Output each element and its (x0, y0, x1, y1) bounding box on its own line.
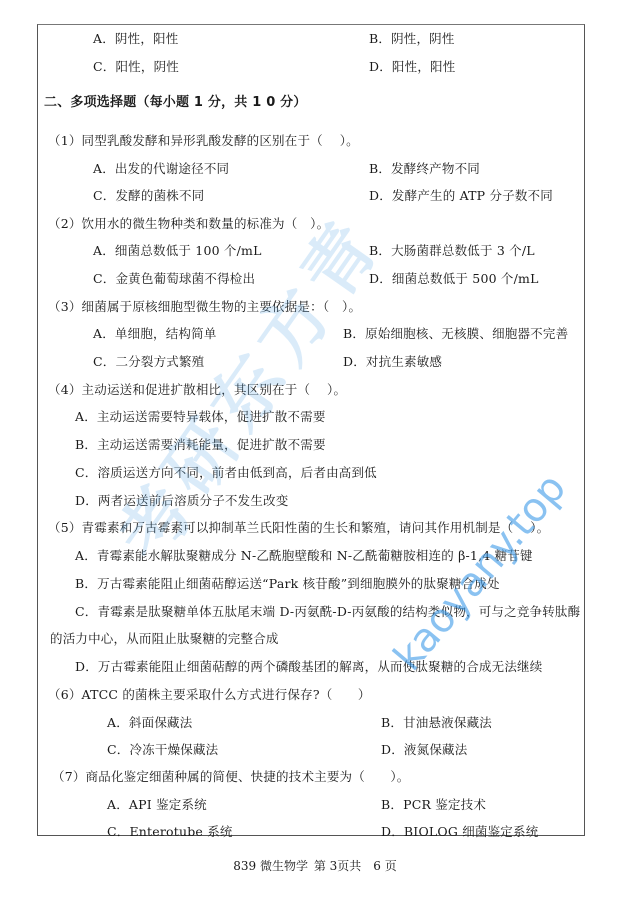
option-b: B．甘油悬液保藏法 (381, 715, 492, 731)
page-footer: 839 微生物学 第 3页共 6 页 (0, 857, 630, 874)
question-stem: （7）商品化鉴定细菌种属的简便、快捷的技术主要为（ ）。 (52, 769, 410, 785)
question-stem: （5）青霉素和万古霉素可以抑制革兰氏阳性菌的生长和繁殖，请问其作用机制是（ ）。 (48, 520, 549, 536)
option-d: D．液氮保藏法 (381, 742, 467, 758)
option-b: B．大肠菌群总数低于 3 个/L (369, 243, 535, 259)
option-c: C．青霉素是肽聚糖单体五肽尾末端 D-丙氨酰-D-丙氨酸的结构类似物，可与之竞争… (75, 604, 580, 620)
page-number: 第 3页共 6 页 (314, 859, 397, 873)
option-b: B．发酵终产物不同 (369, 161, 480, 177)
option-d: D．万古霉素能阻止细菌萜醇的两个磷酸基团的解离，从而使肽聚糖的合成无法继续 (75, 659, 542, 675)
option-c: C．溶质运送方向不同，前者由低到高，后者由高到低 (75, 465, 377, 481)
option-a: A．细菌总数低于 100 个/mL (93, 243, 262, 259)
option-d: D．发酵产生的 ATP 分子数不同 (369, 188, 553, 204)
option-c: C．冷冻干燥保藏法 (107, 742, 218, 758)
option-b: B．原始细胞核、无核膜、细胞器不完善 (343, 326, 568, 342)
option-a: A．阴性，阳性 (93, 31, 178, 47)
option-c: C．金黄色葡萄球菌不得检出 (93, 271, 255, 287)
option-b: B．主动运送需要消耗能量，促进扩散不需要 (75, 437, 326, 453)
option-c: C．阳性，阴性 (93, 59, 179, 75)
option-a: A．出发的代谢途径不同 (93, 161, 229, 177)
option-b: B．万古霉素能阻止细菌萜醇运送“Park 核苷酸”到细胞膜外的肽聚糖合成处 (75, 576, 500, 592)
option-b: B．PCR 鉴定技术 (381, 797, 486, 813)
option-d: D．BIOLOG 细菌鉴定系统 (381, 824, 538, 840)
question-stem: （4）主动运送和促进扩散相比，其区别在于（ ）。 (48, 382, 346, 398)
option-c-continued: 的活力中心，从而阻止肽聚糖的完整合成 (50, 631, 279, 647)
option-d: D．细菌总数低于 500 个/mL (369, 271, 539, 287)
option-c: C．Enterotube 系统 (107, 824, 233, 840)
option-a: A．API 鉴定系统 (107, 797, 207, 813)
course-label: 839 微生物学 (233, 859, 308, 873)
option-c: C．二分裂方式繁殖 (93, 354, 204, 370)
question-stem: （6）ATCC 的菌株主要采取什么方式进行保存?（ ） (48, 687, 371, 703)
option-d: D．对抗生素敏感 (343, 354, 442, 370)
option-a: A．斜面保藏法 (107, 715, 192, 731)
option-a: A．主动运送需要特异载体，促进扩散不需要 (75, 409, 326, 425)
question-stem: （2）饮用水的微生物种类和数量的标准为（ ）。 (48, 216, 329, 232)
question-stem: （1）同型乳酸发酵和异形乳酸发酵的区别在于（ ）。 (48, 133, 359, 149)
option-b: B．阴性，阴性 (369, 31, 455, 47)
question-stem: （3）细菌属于原核细胞型微生物的主要依据是：（ ）。 (48, 299, 361, 315)
option-d: D．阳性，阳性 (369, 59, 455, 75)
option-c: C．发酵的菌株不同 (93, 188, 204, 204)
section-heading: 二、多项选择题（每小题 1 分，共 1 0 分） (44, 95, 307, 111)
option-a: A．单细胞，结构简单 (93, 326, 217, 342)
option-a: A．青霉素能水解肽聚糖成分 N-乙酰胞壁酸和 N-乙酰葡糖胺相连的 β-1,4 … (75, 548, 533, 564)
option-d: D．两者运送前后溶质分子不发生改变 (75, 493, 288, 509)
